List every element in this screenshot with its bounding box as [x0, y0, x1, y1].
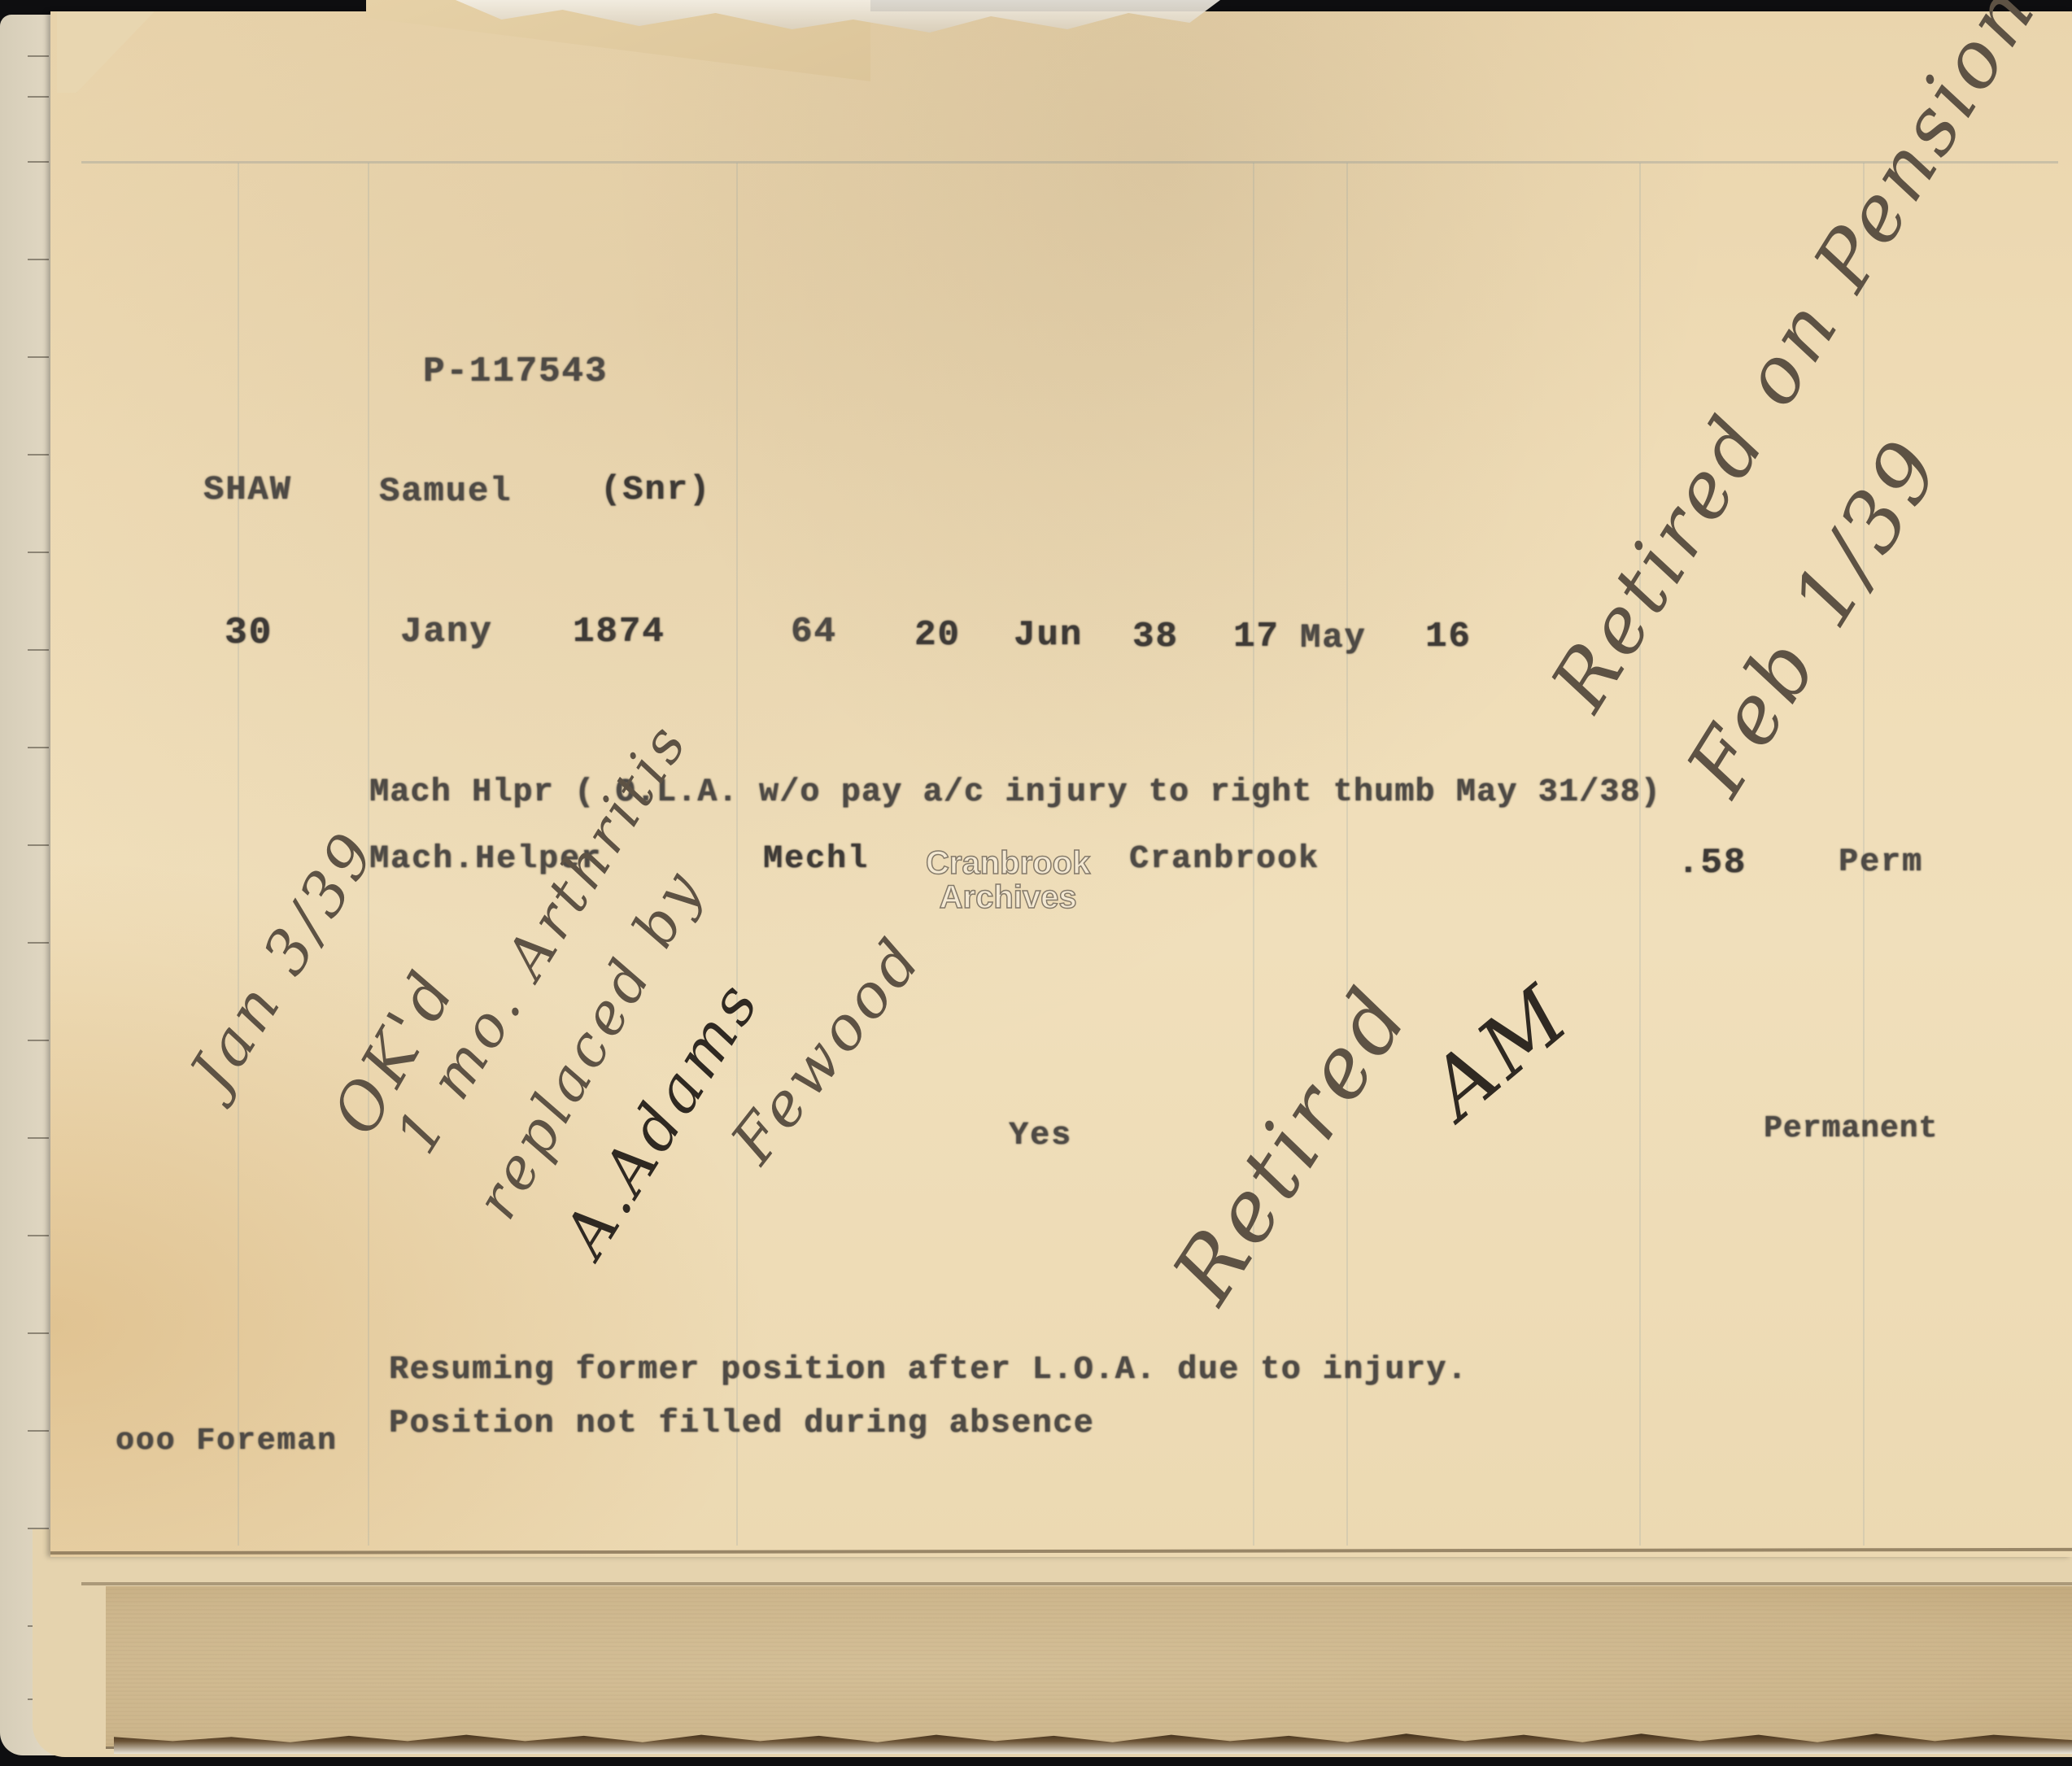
position-description: Mach Hlpr ( O.L.A. w/o pay a/c injury to…	[369, 774, 1661, 811]
service-day: 17	[1233, 617, 1280, 657]
watermark-line-2: Archives	[926, 880, 1090, 914]
remarks-line-1: Resuming former position after L.O.A. du…	[389, 1352, 1468, 1389]
column-rule	[736, 163, 738, 1546]
employee-suffix: (Snr)	[600, 470, 711, 509]
column-rule	[1346, 163, 1348, 1546]
remarks-line-2: Position not filled during absence	[389, 1406, 1094, 1442]
department: Mechl	[763, 841, 869, 878]
torn-edge-line	[81, 1582, 2072, 1585]
pay-rate: .58	[1677, 843, 1747, 883]
employment-status: Perm	[1839, 844, 1923, 881]
age: 64	[791, 612, 837, 652]
archive-watermark: Cranbrook Archives	[926, 846, 1090, 914]
classification: Permanent	[1764, 1111, 1938, 1146]
service-month: May	[1300, 618, 1367, 657]
location: Cranbrook	[1129, 841, 1320, 878]
answer-yes: Yes	[1009, 1118, 1072, 1154]
employee-surname: SHAW	[203, 470, 292, 509]
watermark-line-1: Cranbrook	[926, 846, 1090, 880]
event-month: Jun	[1014, 615, 1083, 656]
header-rule	[81, 161, 2058, 164]
employee-given-name: Samuel	[379, 472, 512, 511]
birth-year: 1874	[573, 612, 665, 652]
birth-month: Jany	[400, 612, 493, 652]
service-year: 16	[1425, 617, 1472, 657]
birth-day: 30	[225, 612, 273, 654]
record-number: P-117543	[423, 351, 608, 392]
bottom-sheet	[106, 1586, 2072, 1749]
scanned-document: P-117543 SHAW Samuel (Snr) 30 Jany 1874 …	[0, 0, 2072, 1766]
event-day: 20	[914, 615, 961, 656]
column-rule	[1639, 163, 1641, 1546]
authorized-by: ooo Foreman	[116, 1424, 338, 1459]
event-year: 38	[1132, 617, 1179, 657]
column-rule	[238, 163, 239, 1546]
